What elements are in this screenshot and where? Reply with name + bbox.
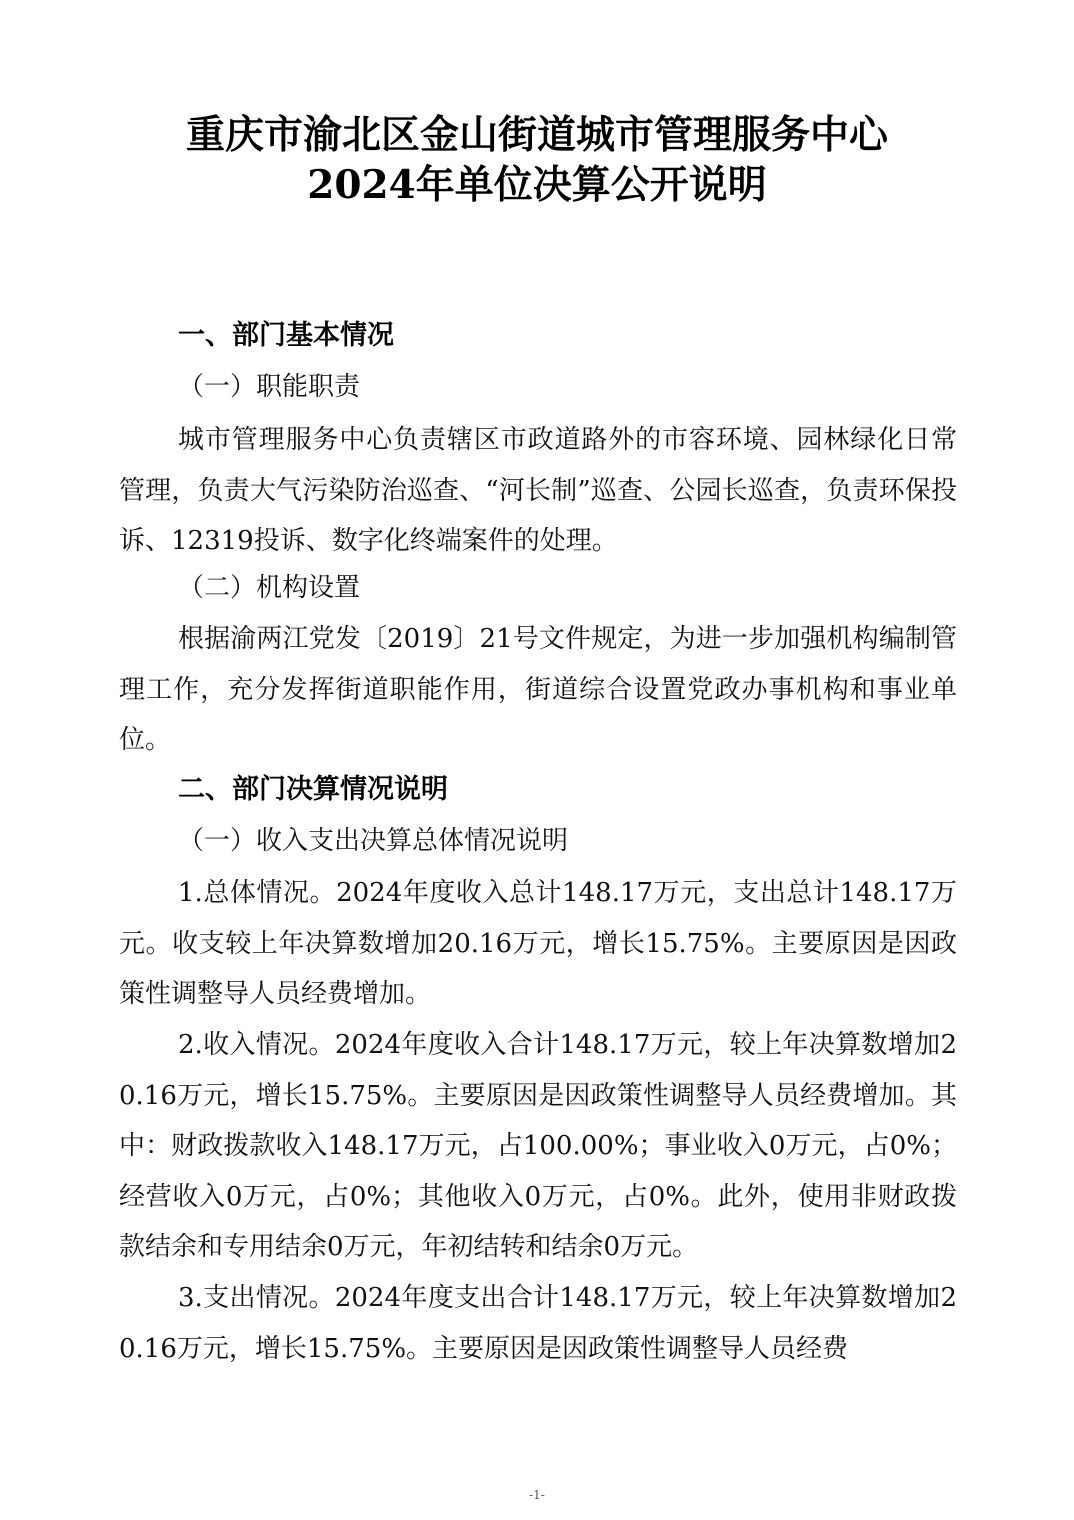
paragraph-organization: 根据渝两江党发〔2019〕21号文件规定，为进一步加强机构编制管理工作，充分发挥… xyxy=(119,614,957,766)
page-number: -1- xyxy=(0,1488,1074,1502)
paragraph-income: 2.收入情况。2024年度收入合计148.17万元，较上年决算数增加20.16万… xyxy=(119,1020,957,1273)
section-heading-basic-info: 一、部门基本情况 xyxy=(178,316,394,356)
paragraph-expenditure: 3.支出情况。2024年度支出合计148.17万元，较上年决算数增加20.16万… xyxy=(119,1273,957,1374)
document-title-line2: 2024年单位决算公开说明 xyxy=(0,160,1074,210)
subsection-heading-organization: （二）机构设置 xyxy=(178,568,360,608)
document-page: 重庆市渝北区金山街道城市管理服务中心 2024年单位决算公开说明 一、部门基本情… xyxy=(0,0,1074,1520)
paragraph-duties: 城市管理服务中心负责辖区市政道路外的市容环境、园林绿化日常管理，负责大气污染防治… xyxy=(119,415,957,567)
section-heading-final-accounts: 二、部门决算情况说明 xyxy=(178,770,448,810)
document-title-line1: 重庆市渝北区金山街道城市管理服务中心 xyxy=(0,110,1074,160)
subsection-heading-income-expense-overview: （一）收入支出决算总体情况说明 xyxy=(178,821,568,861)
subsection-heading-duties: （一）职能职责 xyxy=(178,367,360,407)
paragraph-overall: 1.总体情况。2024年度收入总计148.17万元，支出总计148.17万元。收… xyxy=(119,868,957,1020)
